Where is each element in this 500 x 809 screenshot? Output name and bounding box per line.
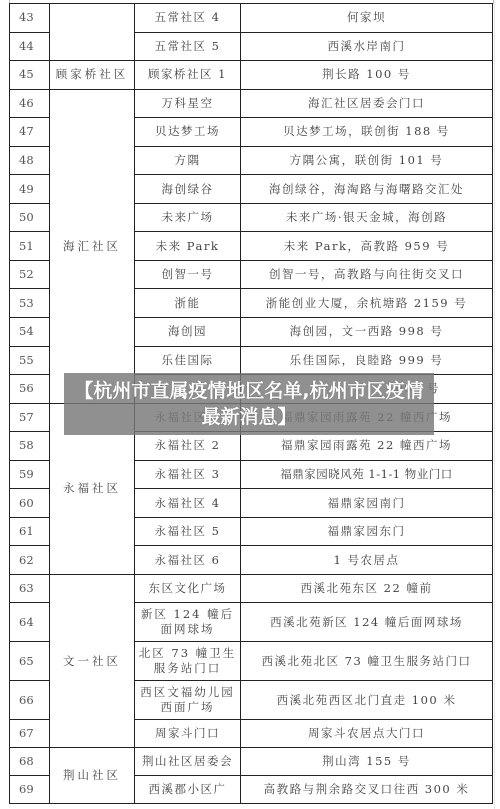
row-number: 55 [10, 346, 50, 375]
page-right-edge [494, 0, 495, 809]
community-cell: 海汇社区 [50, 89, 135, 403]
address-cell: 海汇社区居委会门口 [241, 89, 493, 118]
article-title-overlay: 【杭州市直属疫情地区名单,杭州市区疫情最新消息】 [64, 373, 434, 435]
row-number: 46 [10, 89, 50, 118]
row-number: 59 [10, 460, 50, 489]
row-number: 48 [10, 146, 50, 175]
row-number: 56 [10, 375, 50, 404]
address-cell: 海创园，文一西路 998 号 [241, 318, 493, 347]
site-cell: 北区 73 幢卫生服务站门口 [135, 642, 241, 681]
site-cell: 永福社区 2 [135, 432, 241, 461]
address-cell: 海创绿谷，海淘路与海曙路交汇处 [241, 175, 493, 204]
address-cell: 西溪北苑西区北门直走 100 米 [241, 681, 493, 720]
address-cell: 周家斗农居点大门口 [241, 720, 493, 748]
site-cell: 贝达梦工场 [135, 118, 241, 147]
site-cell: 东区文化广场 [135, 574, 241, 603]
address-cell: 未来 Park，高教路 959 号 [241, 232, 493, 261]
address-cell: 1 号农居点 [241, 546, 493, 575]
site-cell: 新区 124 幢后面网球场 [135, 603, 241, 642]
row-number: 68 [10, 748, 50, 776]
row-number: 61 [10, 517, 50, 546]
address-cell: 西溪北苑东区 22 幢前 [241, 574, 493, 603]
address-cell: 西溪水岸南门 [241, 32, 493, 61]
site-cell: 方隅 [135, 146, 241, 175]
site-cell: 五常社区 5 [135, 32, 241, 61]
site-cell: 未来广场 [135, 203, 241, 232]
site-cell: 万科星空 [135, 89, 241, 118]
address-cell: 贝达梦工场，联创街 188 号 [241, 118, 493, 147]
site-cell: 永福社区 5 [135, 517, 241, 546]
row-number: 43 [10, 4, 50, 33]
community-cell [50, 4, 135, 61]
address-cell: 福鼎家园晓风苑 1-1-1 物业门口 [241, 460, 493, 489]
site-cell: 荆山社区居委会 [135, 748, 241, 776]
community-cell: 顾家桥社区 [50, 61, 135, 90]
row-number: 53 [10, 289, 50, 318]
site-cell: 永福社区 3 [135, 460, 241, 489]
address-cell: 荆山湾 155 号 [241, 748, 493, 776]
site-cell: 永福社区 6 [135, 546, 241, 575]
site-cell: 西区文福幼儿园西面广场 [135, 681, 241, 720]
row-number: 60 [10, 489, 50, 518]
address-cell: 福鼎家园东门 [241, 517, 493, 546]
address-cell: 方隅公寓，联创街 101 号 [241, 146, 493, 175]
row-number: 54 [10, 318, 50, 347]
table-row: 46 海汇社区 万科星空 海汇社区居委会门口 [10, 89, 493, 118]
row-number: 58 [10, 432, 50, 461]
row-number: 45 [10, 61, 50, 90]
site-cell: 西溪郡小区广 [135, 776, 241, 804]
address-cell: 乐佳国际，良睦路 999 号 [241, 346, 493, 375]
address-cell: 福鼎家园南门 [241, 489, 493, 518]
site-cell: 乐佳国际 [135, 346, 241, 375]
row-number: 44 [10, 32, 50, 61]
address-cell: 荆长路 100 号 [241, 61, 493, 90]
site-cell: 永福社区 4 [135, 489, 241, 518]
row-number: 64 [10, 603, 50, 642]
site-cell: 五常社区 4 [135, 4, 241, 33]
address-cell: 何家坝 [241, 4, 493, 33]
row-number: 50 [10, 203, 50, 232]
table-row: 45 顾家桥社区 顾家桥社区 1 荆长路 100 号 [10, 61, 493, 90]
address-cell: 未来广场·银天金城，海创路 [241, 203, 493, 232]
address-cell: 创智一号，高教路与向往街交叉口 [241, 260, 493, 289]
row-number: 57 [10, 403, 50, 432]
row-number: 52 [10, 260, 50, 289]
row-number: 69 [10, 776, 50, 804]
row-number: 47 [10, 118, 50, 147]
community-cell: 文一社区 [50, 574, 135, 748]
site-cell: 顾家桥社区 1 [135, 61, 241, 90]
row-number: 63 [10, 574, 50, 603]
table-row: 68 荆山社区 荆山社区居委会 荆山湾 155 号 [10, 748, 493, 776]
address-cell: 浙能创业大厦，余杭塘路 2159 号 [241, 289, 493, 318]
row-number: 62 [10, 546, 50, 575]
address-cell: 高教路与荆余路交叉口往西 300 米 [241, 776, 493, 804]
row-number: 67 [10, 720, 50, 748]
site-cell: 海创绿谷 [135, 175, 241, 204]
address-cell: 福鼎家园雨露苑 22 幢西广场 [241, 432, 493, 461]
site-cell: 创智一号 [135, 260, 241, 289]
community-cell: 荆山社区 [50, 748, 135, 804]
row-number: 51 [10, 232, 50, 261]
site-cell: 浙能 [135, 289, 241, 318]
table-row: 43 五常社区 4 何家坝 [10, 4, 493, 33]
row-number: 49 [10, 175, 50, 204]
row-number: 65 [10, 642, 50, 681]
site-cell: 周家斗门口 [135, 720, 241, 748]
address-cell: 西溪北苑新区 124 幢后面网球场 [241, 603, 493, 642]
row-number: 66 [10, 681, 50, 720]
site-cell: 未来 Park [135, 232, 241, 261]
address-cell: 西溪北苑北区 73 幢卫生服务站门口 [241, 642, 493, 681]
table-row: 63 文一社区 东区文化广场 西溪北苑东区 22 幢前 [10, 574, 493, 603]
site-cell: 海创园 [135, 318, 241, 347]
